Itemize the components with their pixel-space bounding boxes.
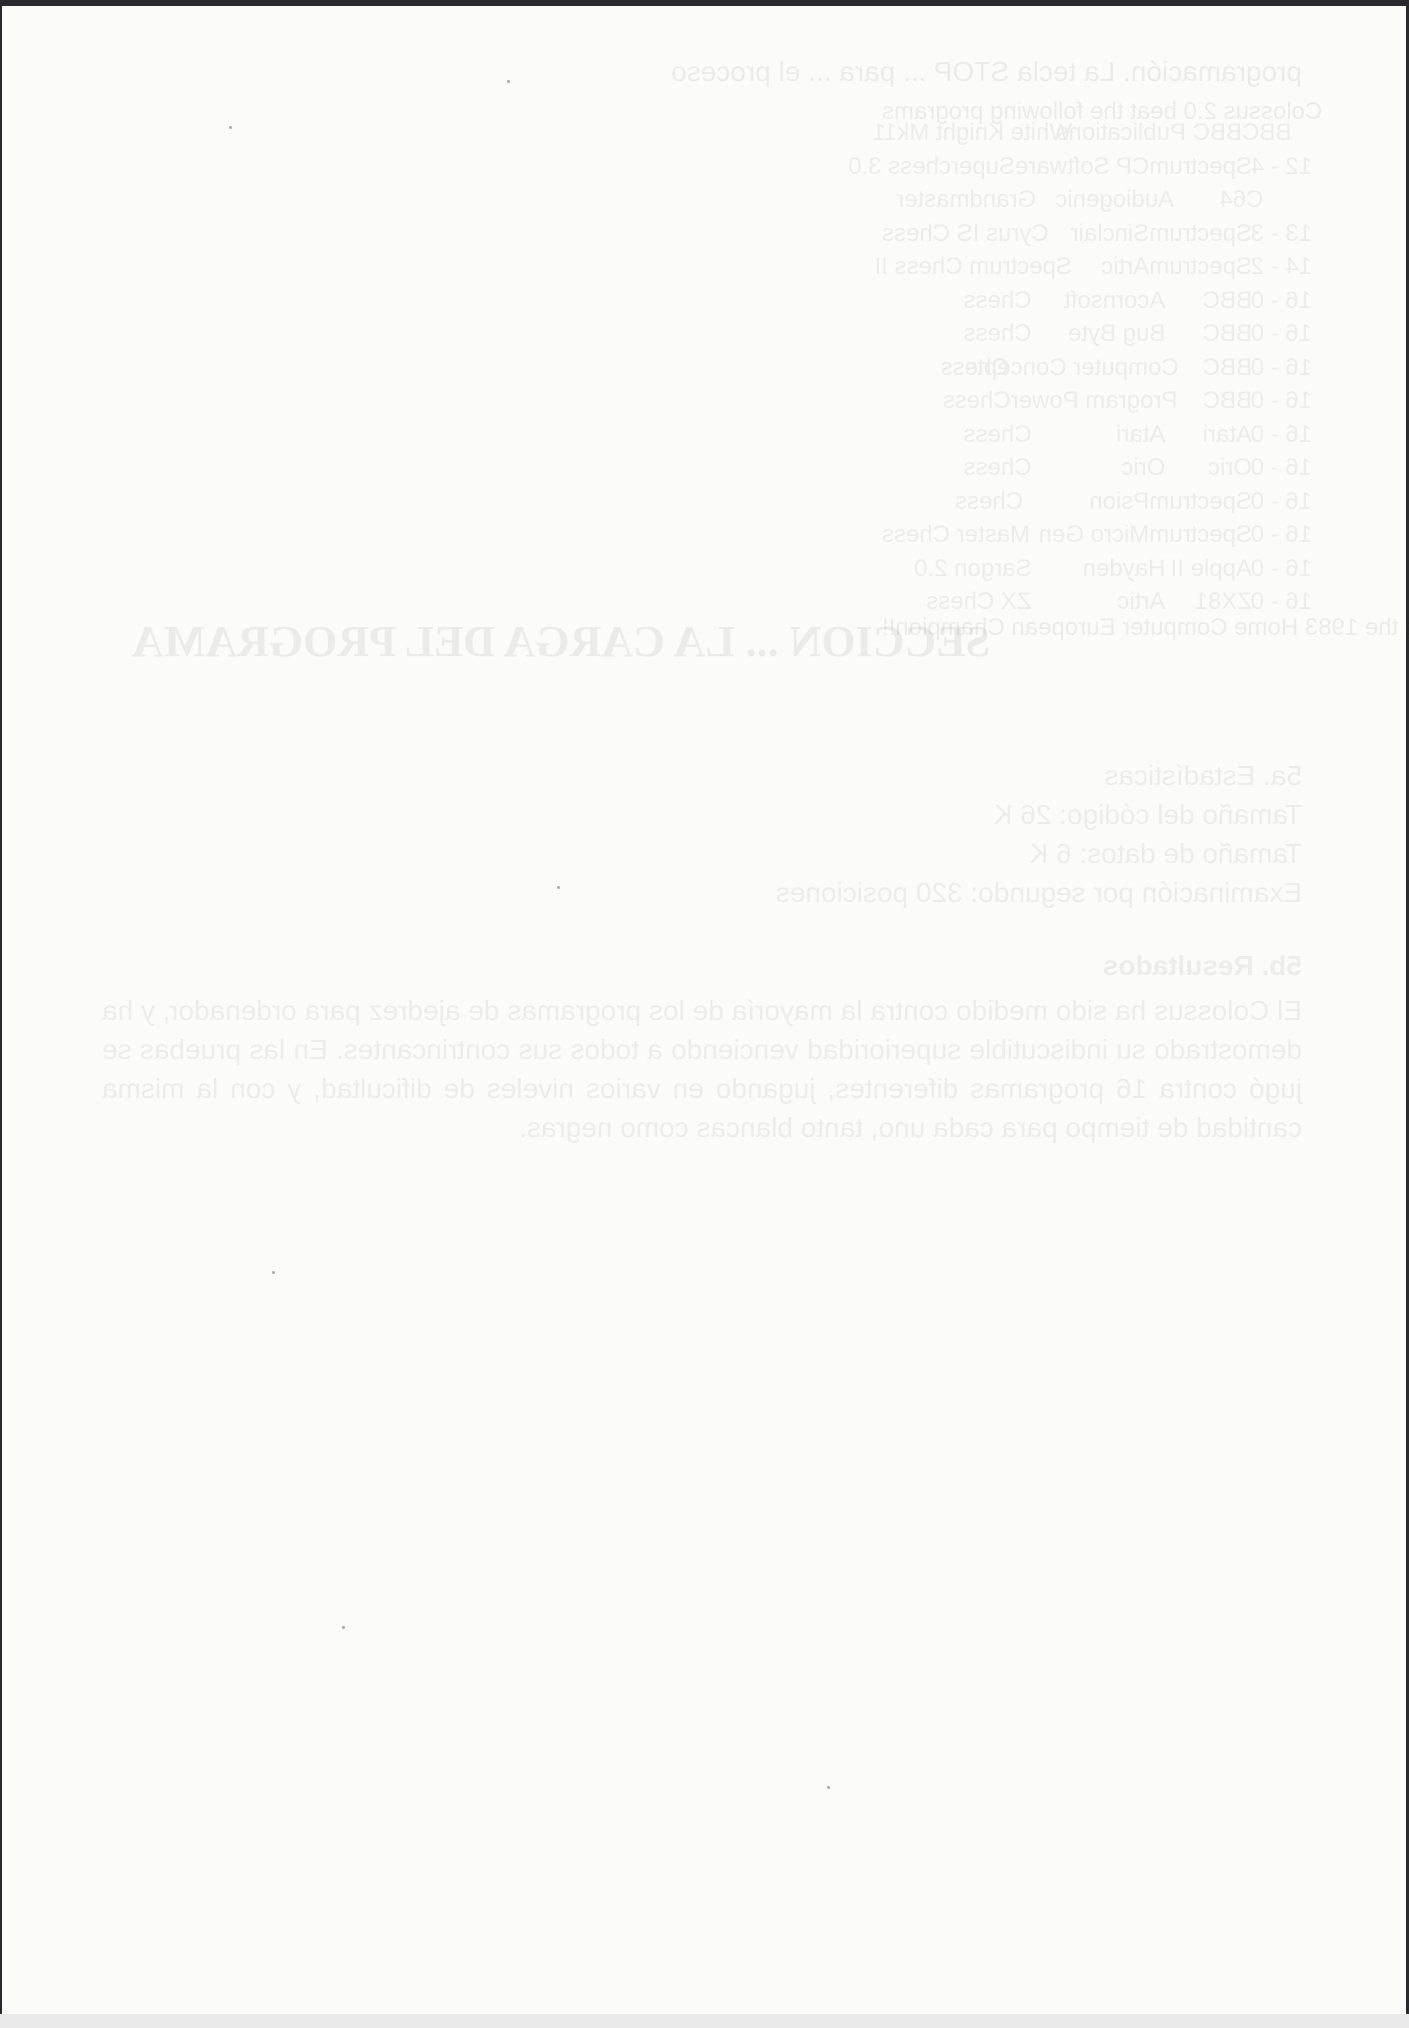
show-through-table-row: 16 - 0SpectrumMicro GenMaster Chess bbox=[882, 518, 1312, 552]
table-cell: BBC bbox=[1177, 384, 1252, 418]
spec-line: 5a. Estadísticas bbox=[102, 756, 1302, 795]
table-cell: Chess bbox=[882, 485, 1023, 519]
table-cell: 16 - 0 bbox=[1252, 552, 1312, 586]
table-cell: Audiogenic bbox=[1036, 183, 1174, 217]
table-cell: Sinclair bbox=[1049, 217, 1150, 251]
dust-speck bbox=[229, 126, 232, 129]
table-cell: Chess bbox=[882, 284, 1032, 318]
table-cell: Spectrum Chess II bbox=[882, 250, 1072, 284]
table-cell: BBC Publications bbox=[1072, 116, 1242, 150]
table-cell: 16 - 0 bbox=[1252, 451, 1312, 485]
show-through-table-row: 16 - 0BBCProgram PowerChess bbox=[882, 384, 1312, 418]
show-through-top-paragraph: programación. La tecla STOP ... para ...… bbox=[102, 56, 1302, 88]
table-cell: Oric bbox=[1165, 451, 1252, 485]
table-cell: Bug Byte bbox=[1032, 317, 1166, 351]
show-through-table-row: 16 - 0BBCAcornsoftChess bbox=[882, 284, 1312, 318]
show-through-table-row: C64AudiogenicGrandmaster bbox=[882, 183, 1312, 217]
table-cell: Atari bbox=[1032, 418, 1166, 452]
table-cell: 16 - 0 bbox=[1252, 317, 1312, 351]
show-through-table-row: 16 - 0BBCComputer ConceptsChess bbox=[882, 351, 1312, 385]
dust-speck bbox=[272, 1271, 275, 1274]
dust-speck bbox=[342, 1626, 345, 1629]
show-through-table-row: 16 - 0Apple IIHaydenSargon 2.0 bbox=[882, 552, 1312, 586]
table-cell: Grandmaster bbox=[882, 183, 1036, 217]
table-cell: Micro Gen bbox=[1030, 518, 1149, 552]
table-cell: 12 - 4 bbox=[1252, 150, 1312, 184]
table-cell: 16 - 0 bbox=[1252, 518, 1312, 552]
show-through-table-row: 13 - 3SpectrumSinclairCyrus IS Chess bbox=[882, 217, 1312, 251]
table-cell: Oric bbox=[1032, 451, 1166, 485]
table-cell: Chess bbox=[882, 451, 1032, 485]
table-cell: 16 - 0 bbox=[1252, 384, 1312, 418]
scanner-bed-edge bbox=[0, 2014, 1409, 2028]
table-cell: Spectrum bbox=[1149, 150, 1252, 184]
show-through-section-heading: SECCION ... LA CARGA DEL PROGRAMA bbox=[132, 616, 990, 667]
table-cell bbox=[1263, 183, 1312, 217]
spec-line: Examinación por segundo: 320 posiciones bbox=[102, 873, 1302, 912]
table-cell: BBC bbox=[1242, 116, 1291, 150]
show-through-table-row: 16 - 0AtariAtariChess bbox=[882, 418, 1312, 452]
table-cell: 16 - 0 bbox=[1252, 351, 1312, 385]
table-cell: CP Software bbox=[1015, 150, 1149, 184]
table-cell: C64 bbox=[1174, 183, 1263, 217]
spec-line: Tamaño del código: 26 K bbox=[102, 795, 1302, 834]
table-cell: 13 - 3 bbox=[1252, 217, 1312, 251]
table-cell: Hayden bbox=[1032, 552, 1166, 586]
table-cell: Superchess 3.0 bbox=[848, 150, 1015, 184]
show-through-table-row: 16 - 0BBCBug ByteChess bbox=[882, 317, 1312, 351]
dust-speck bbox=[557, 886, 560, 889]
table-cell bbox=[1291, 116, 1312, 150]
show-through-spec-lines: 5a. EstadísticasTamaño del código: 26 KT… bbox=[102, 756, 1302, 912]
table-cell: Spectrum bbox=[1149, 250, 1252, 284]
table-cell: 16 - 0 bbox=[1252, 284, 1312, 318]
table-cell: Cyrus IS Chess bbox=[882, 217, 1049, 251]
table-cell: BBC bbox=[1165, 284, 1252, 318]
show-through-results-heading: 5b. Resultados bbox=[102, 946, 1302, 985]
table-cell: Spectrum bbox=[1149, 217, 1252, 251]
table-cell: 16 - 0 bbox=[1252, 485, 1312, 519]
table-cell: Chess bbox=[882, 317, 1032, 351]
table-cell: Computer Concepts bbox=[1009, 351, 1179, 385]
table-cell: Psion bbox=[1023, 485, 1149, 519]
dust-speck bbox=[827, 1786, 830, 1789]
table-cell: Chess bbox=[882, 418, 1032, 452]
table-cell: 14 - 2 bbox=[1252, 250, 1312, 284]
table-cell: BBC bbox=[1165, 317, 1252, 351]
table-cell: Chess bbox=[882, 351, 1009, 385]
table-cell: Program Power bbox=[1011, 384, 1178, 418]
show-through-table-row: BBCBBC PublicationsWhite Knight Mk11 bbox=[882, 116, 1312, 150]
dust-speck bbox=[507, 80, 510, 83]
table-cell: Artic bbox=[1072, 250, 1149, 284]
table-cell: Apple II bbox=[1165, 552, 1252, 586]
show-through-table-row: 16 - 0SpectrumPsionChess bbox=[882, 485, 1312, 519]
show-through-table-row: 16 - 0OricOricChess bbox=[882, 451, 1312, 485]
table-cell: White Knight Mk11 bbox=[882, 116, 1072, 150]
show-through-table-row: 12 - 4SpectrumCP SoftwareSuperchess 3.0 bbox=[882, 150, 1312, 184]
table-cell: Spectrum bbox=[1149, 518, 1252, 552]
table-cell: Master Chess bbox=[882, 518, 1030, 552]
show-through-results-paragraph: El Colossus ha sido medido contra la may… bbox=[102, 991, 1302, 1147]
table-cell: BBC bbox=[1179, 351, 1252, 385]
table-cell: Chess bbox=[882, 384, 1011, 418]
table-cell: Acornsoft bbox=[1032, 284, 1166, 318]
spec-line: Tamaño de datos: 6 K bbox=[102, 834, 1302, 873]
table-cell: Atari bbox=[1165, 418, 1252, 452]
table-cell: Sargon 2.0 bbox=[882, 552, 1032, 586]
table-cell: Spectrum bbox=[1149, 485, 1252, 519]
scanned-page: programación. La tecla STOP ... para ...… bbox=[2, 6, 1406, 2014]
table-cell: 16 - 0 bbox=[1252, 418, 1312, 452]
show-through-table-row: 14 - 2SpectrumArticSpectrum Chess II bbox=[882, 250, 1312, 284]
show-through-table: BBCBBC PublicationsWhite Knight Mk1112 -… bbox=[882, 116, 1312, 619]
